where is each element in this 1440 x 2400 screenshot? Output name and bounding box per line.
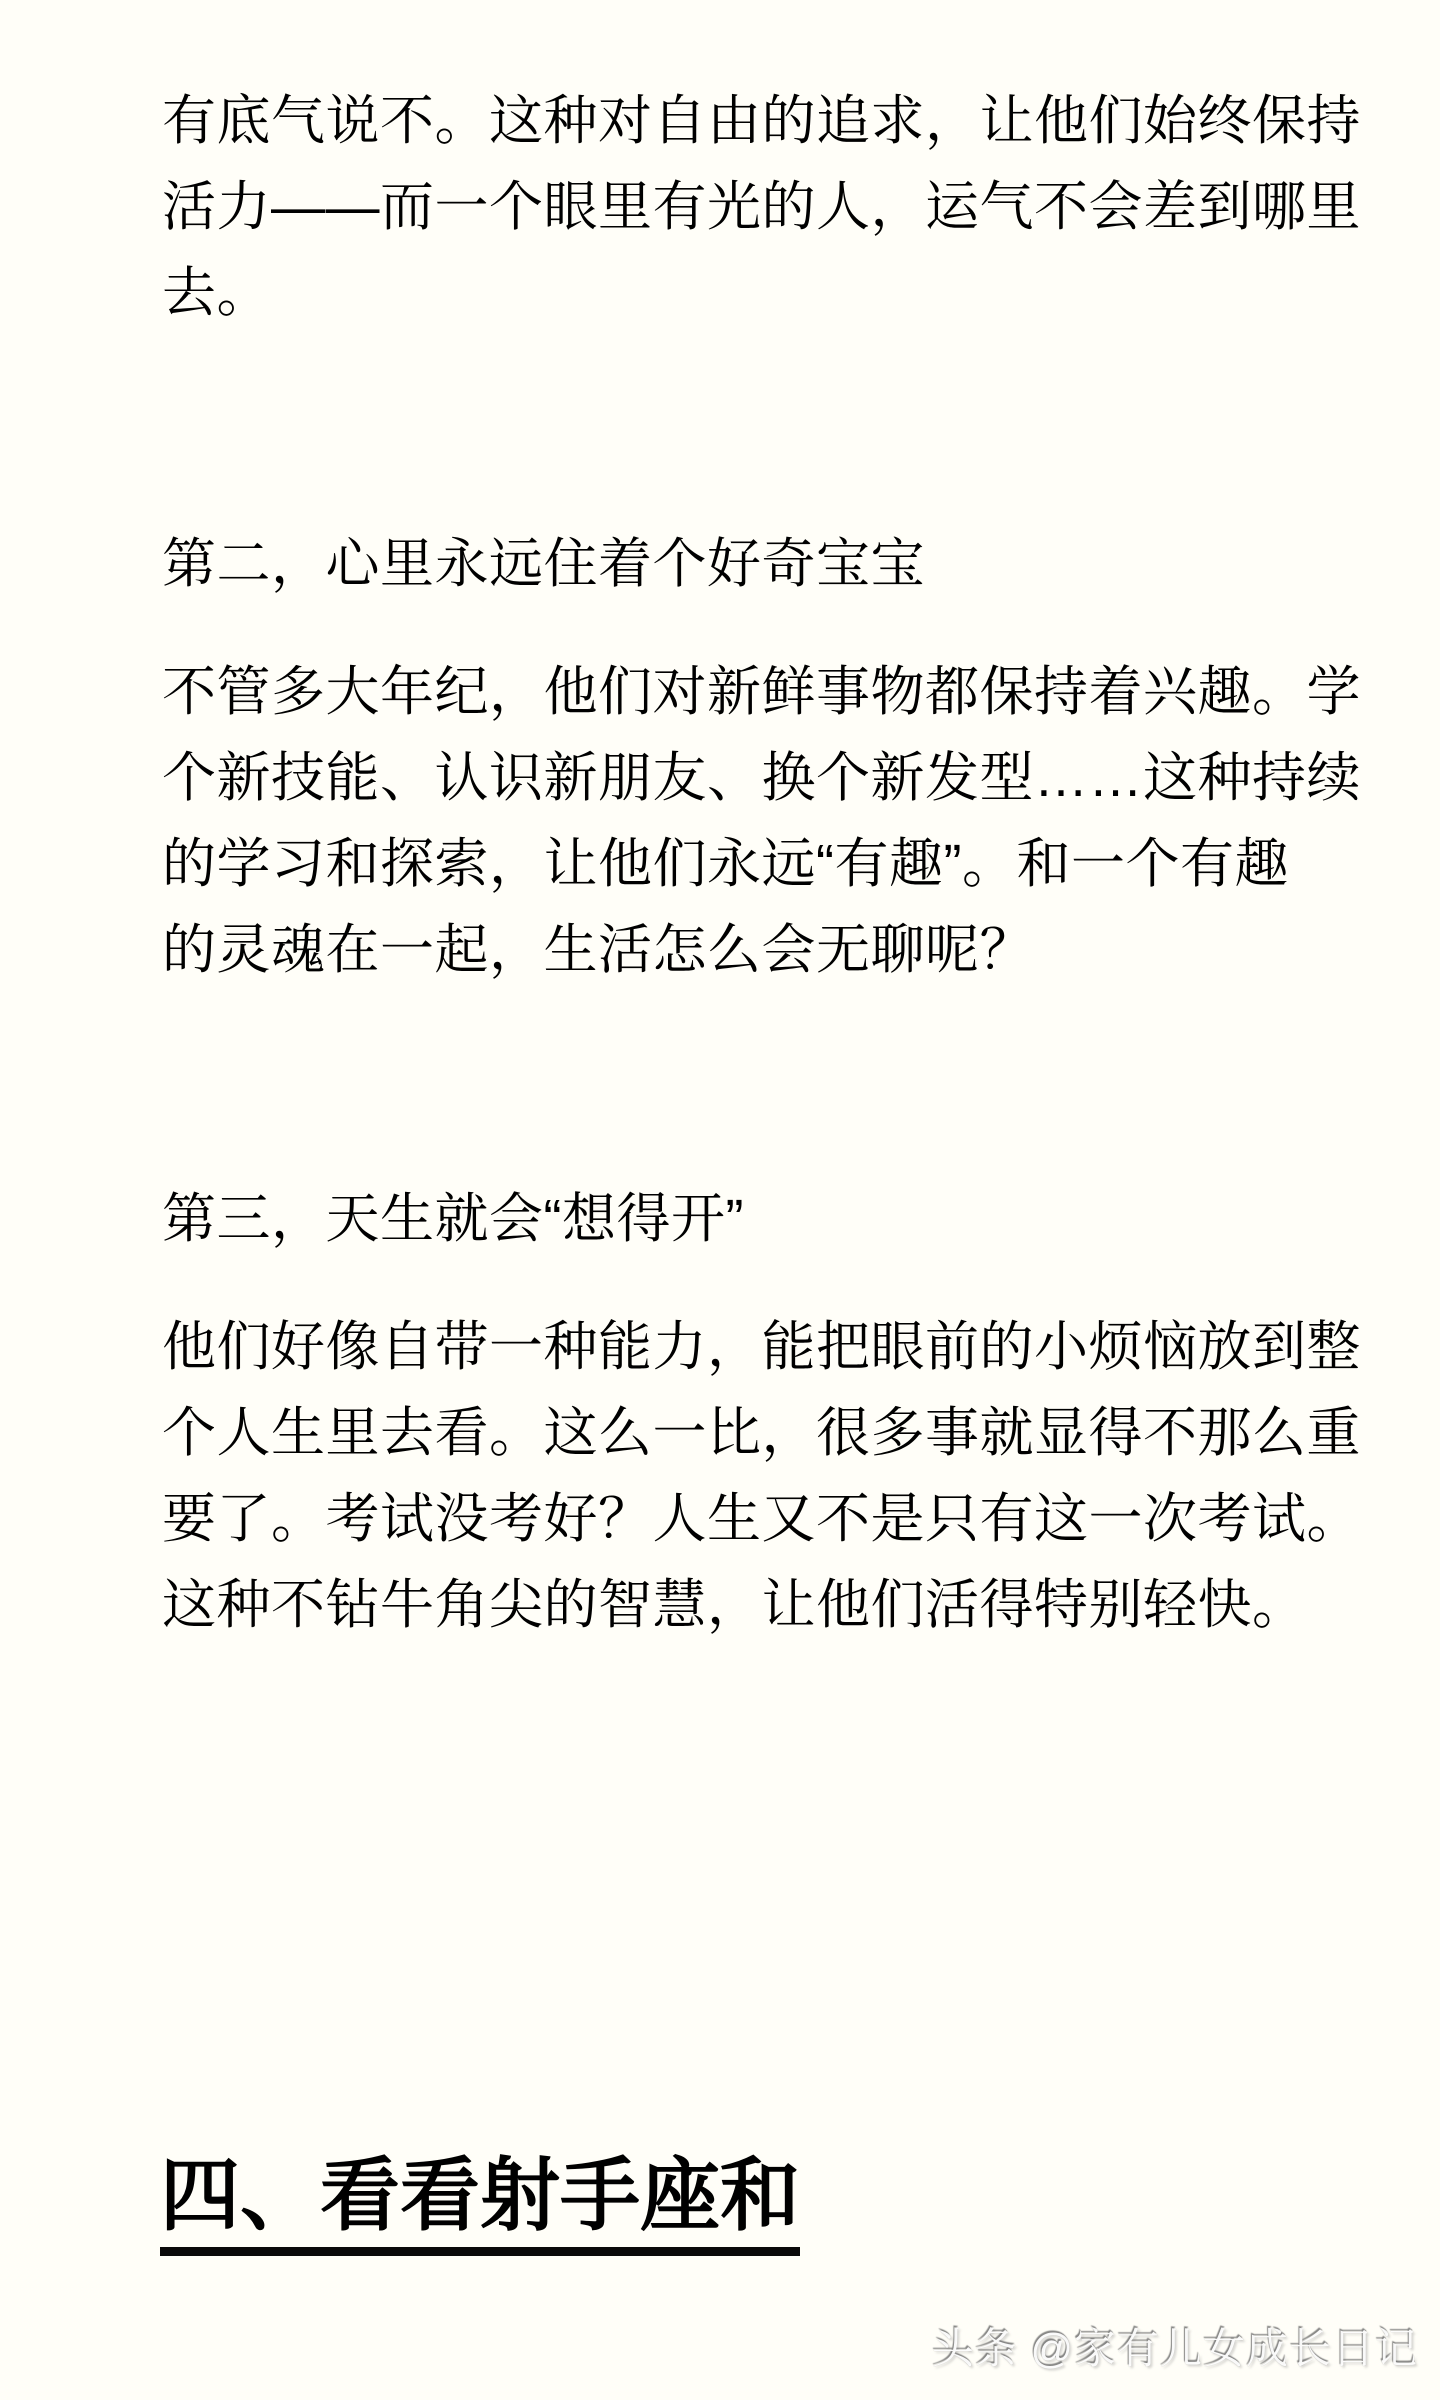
section-heading-curiosity: 第二，心里永远住着个好奇宝宝: [162, 521, 1362, 607]
paragraph-optimism: 他们好像自带一种能力，能把眼前的小烦恼放到整 个人生里去看。这么一比，很多事就显…: [162, 1304, 1362, 1648]
article-page: 有底气说不。这种对自由的追求，让他们始终保持 活力——而一个眼里有光的人，运气不…: [0, 0, 1440, 2400]
toutiao-watermark: 头条 @家有儿女成长日记: [932, 2326, 1418, 2372]
chapter-heading-text: 四、看看射手座和: [160, 2150, 800, 2256]
chapter-heading-sagittarius: 四、看看射手座和: [160, 2150, 800, 2256]
paragraph-freedom: 有底气说不。这种对自由的追求，让他们始终保持 活力——而一个眼里有光的人，运气不…: [162, 78, 1362, 336]
section-heading-optimism: 第三，天生就会“想得开”: [162, 1176, 1362, 1262]
paragraph-curiosity: 不管多大年纪，他们对新鲜事物都保持着兴趣。学 个新技能、认识新朋友、换个新发型……: [162, 649, 1362, 993]
